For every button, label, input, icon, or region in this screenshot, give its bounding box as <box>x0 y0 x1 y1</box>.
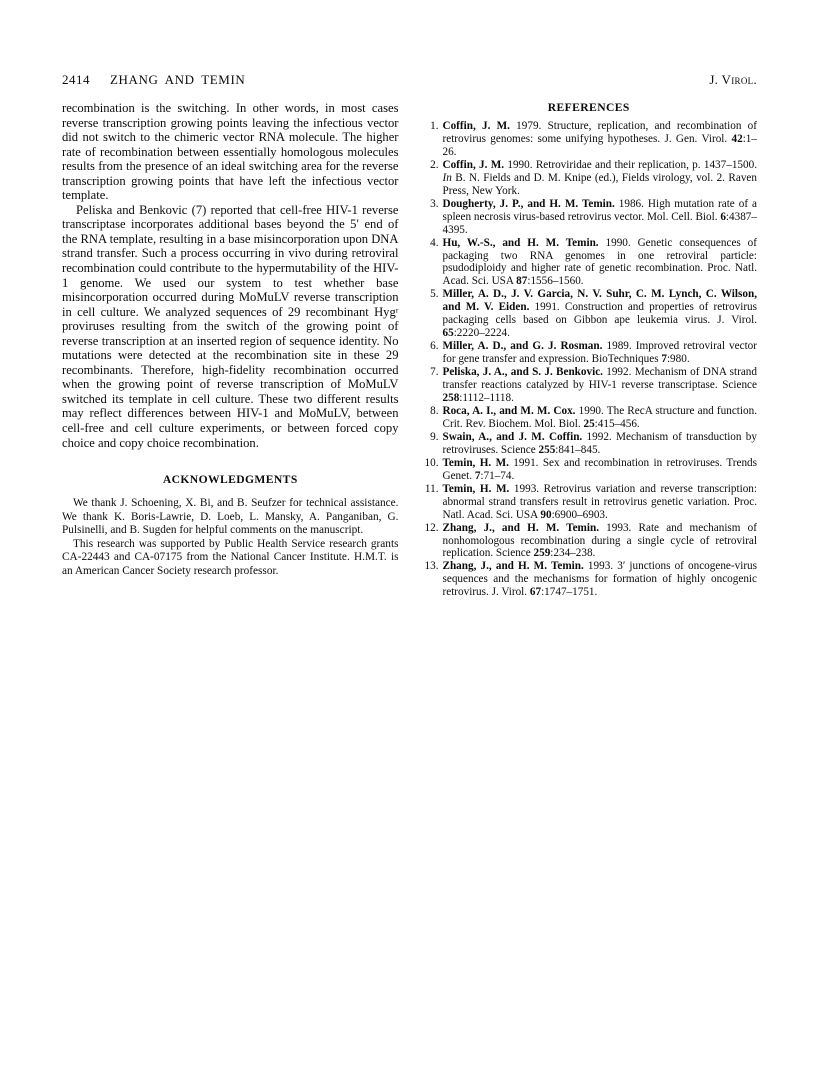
reference-item: 11.Temin, H. M. 1993. Retrovirus variati… <box>421 483 758 522</box>
reference-item: 10.Temin, H. M. 1991. Sex and recombinat… <box>421 457 758 483</box>
reference-item: 1.Coffin, J. M. 1979. Structure, replica… <box>421 120 758 159</box>
reference-text: Temin, H. M. 1991. Sex and recombination… <box>443 457 758 483</box>
reference-number: 5. <box>421 288 439 340</box>
reference-text: Zhang, J., and H. M. Temin. 1993. 3′ jun… <box>443 560 758 599</box>
reference-number: 3. <box>421 198 439 237</box>
reference-number: 4. <box>421 237 439 289</box>
reference-text: Miller, A. D., and G. J. Rosman. 1989. I… <box>443 340 758 366</box>
page-header: 2414 ZHANG AND TEMIN J. Virol. <box>62 72 757 88</box>
reference-number: 10. <box>421 457 439 483</box>
reference-text: Zhang, J., and H. M. Temin. 1993. Rate a… <box>443 522 758 561</box>
reference-item: 4.Hu, W.-S., and H. M. Temin. 1990. Gene… <box>421 237 758 289</box>
reference-item: 9.Swain, A., and J. M. Coffin. 1992. Mec… <box>421 431 758 457</box>
reference-item: 6.Miller, A. D., and G. J. Rosman. 1989.… <box>421 340 758 366</box>
two-column-layout: recombination is the switching. In other… <box>62 101 757 599</box>
reference-number: 6. <box>421 340 439 366</box>
reference-text: Coffin, J. M. 1979. Structure, replicati… <box>443 120 758 159</box>
reference-text: Coffin, J. M. 1990. Retroviridae and the… <box>443 159 758 198</box>
acknowledgments-paragraph-2: This research was supported by Public He… <box>62 538 399 579</box>
left-column: recombination is the switching. In other… <box>62 101 399 599</box>
reference-text: Roca, A. I., and M. M. Cox. 1990. The Re… <box>443 405 758 431</box>
reference-item: 3.Dougherty, J. P., and H. M. Temin. 198… <box>421 198 758 237</box>
reference-item: 13.Zhang, J., and H. M. Temin. 1993. 3′ … <box>421 560 758 599</box>
reference-text: Hu, W.-S., and H. M. Temin. 1990. Geneti… <box>443 237 758 289</box>
reference-text: Miller, A. D., J. V. Garcia, N. V. Suhr,… <box>443 288 758 340</box>
reference-number: 7. <box>421 366 439 405</box>
body-paragraph-1: recombination is the switching. In other… <box>62 101 399 203</box>
reference-number: 9. <box>421 431 439 457</box>
reference-number: 13. <box>421 560 439 599</box>
reference-list: 1.Coffin, J. M. 1979. Structure, replica… <box>421 120 758 599</box>
reference-text: Dougherty, J. P., and H. M. Temin. 1986.… <box>443 198 758 237</box>
page-number: 2414 <box>62 72 90 88</box>
reference-item: 5.Miller, A. D., J. V. Garcia, N. V. Suh… <box>421 288 758 340</box>
journal-page: 2414 ZHANG AND TEMIN J. Virol. recombina… <box>0 0 816 1081</box>
reference-item: 7.Peliska, J. A., and S. J. Benkovic. 19… <box>421 366 758 405</box>
reference-text: Peliska, J. A., and S. J. Benkovic. 1992… <box>443 366 758 405</box>
reference-number: 12. <box>421 522 439 561</box>
reference-text: Swain, A., and J. M. Coffin. 1992. Mecha… <box>443 431 758 457</box>
reference-text: Temin, H. M. 1993. Retrovirus variation … <box>443 483 758 522</box>
acknowledgments-paragraph-1: We thank J. Schoening, X. Bi, and B. Seu… <box>62 497 399 538</box>
acknowledgments-heading: ACKNOWLEDGMENTS <box>62 473 399 486</box>
reference-number: 11. <box>421 483 439 522</box>
journal-name: J. Virol. <box>709 72 757 88</box>
reference-item: 8.Roca, A. I., and M. M. Cox. 1990. The … <box>421 405 758 431</box>
reference-item: 12.Zhang, J., and H. M. Temin. 1993. Rat… <box>421 522 758 561</box>
body-paragraph-2: Peliska and Benkovic (7) reported that c… <box>62 203 399 450</box>
reference-item: 2.Coffin, J. M. 1990. Retroviridae and t… <box>421 159 758 198</box>
references-heading: REFERENCES <box>421 101 758 114</box>
reference-number: 2. <box>421 159 439 198</box>
running-title: ZHANG AND TEMIN <box>110 72 245 88</box>
header-left: 2414 ZHANG AND TEMIN <box>62 72 245 88</box>
reference-number: 1. <box>421 120 439 159</box>
right-column: REFERENCES 1.Coffin, J. M. 1979. Structu… <box>421 101 758 599</box>
reference-number: 8. <box>421 405 439 431</box>
